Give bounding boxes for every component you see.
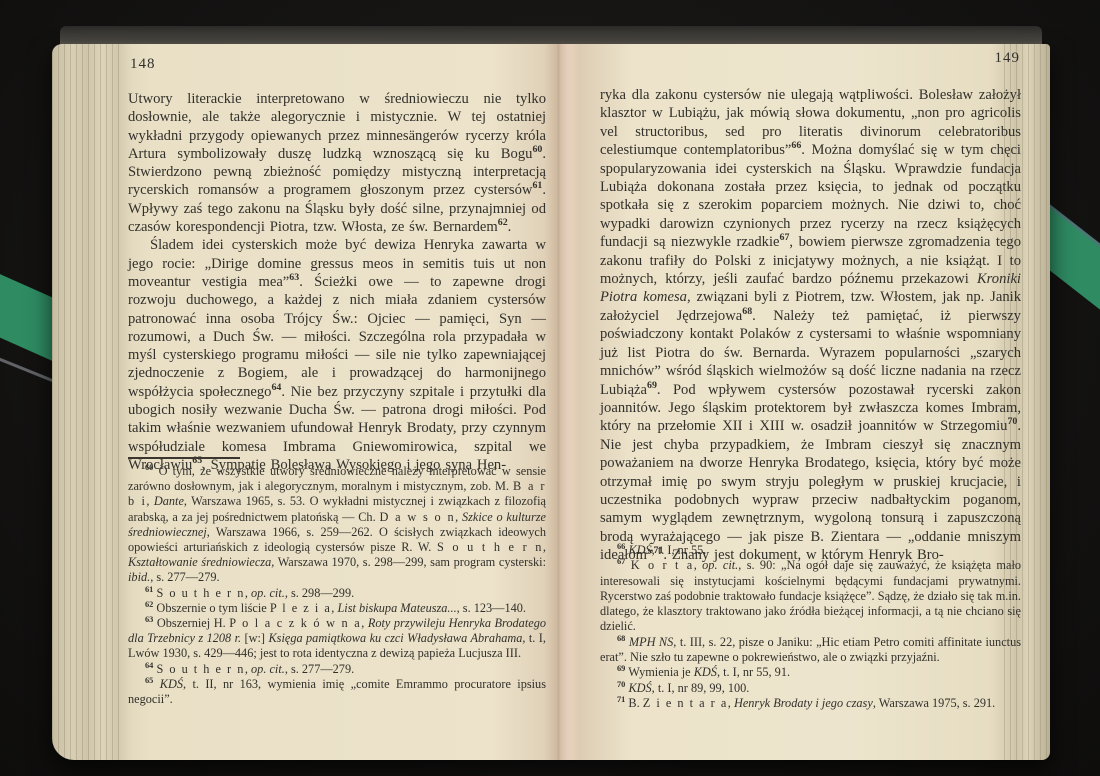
footnote: 69 Wymienia je KDŚ, t. I, nr 55, 91. (600, 665, 1021, 680)
footnote: 65 KDŚ, t. II, nr 163, wymienia imię „co… (128, 677, 546, 707)
footnote-separator-left (128, 457, 240, 459)
text-paragraph: ryka dla zakonu cystersów nie ulegają wą… (600, 86, 1021, 565)
footnote: 61 S o u t h e r n, op. cit., s. 298—299… (128, 586, 546, 601)
footnote: 68 MPH NS, t. III, s. 22, pisze o Janiku… (600, 635, 1021, 666)
footnote: 66 KDŚ, t. I, nr 55. (600, 543, 1021, 558)
right-page-body: ryka dla zakonu cystersów nie ulegają wą… (600, 86, 1021, 565)
footnote: 71 B. Z i e n t a r a, Henryk Brodaty i … (600, 696, 1021, 711)
right-page-footnotes: 66 KDŚ, t. I, nr 55.67 K o r t a, op. ci… (600, 543, 1021, 711)
footnote: 64 S o u t h e r n, op. cit., s. 277—279… (128, 662, 546, 677)
page-edges-left (52, 44, 120, 760)
left-page-number: 148 (130, 56, 156, 73)
book-spread: 148 149 Utwory literackie interpretowano… (52, 26, 1050, 760)
footnote: 70 KDŚ, t. I, nr 89, 99, 100. (600, 681, 1021, 696)
text-paragraph: Śladem idei cysterskich może być dewiza … (128, 236, 546, 474)
footnote: 60 O tym, że wszystkie utwory średniowie… (128, 464, 546, 586)
left-page-footnotes: 60 O tym, że wszystkie utwory średniowie… (128, 464, 546, 707)
book-scan-scene: 148 149 Utwory literackie interpretowano… (0, 0, 1100, 776)
footnote: 63 Obszerniej H. P o l a c z k ó w n a, … (128, 616, 546, 662)
text-paragraph: Utwory literackie interpretowano w średn… (128, 90, 546, 236)
footnote: 62 Obszernie o tym liście P l e z i a, L… (128, 601, 546, 616)
footnote: 67 K o r t a, op. cit., s. 90: „Na ogół … (600, 558, 1021, 634)
left-page-body: Utwory literackie interpretowano w średn… (128, 90, 546, 474)
binding-gutter (544, 44, 572, 760)
right-page-number: 149 (600, 50, 1020, 67)
